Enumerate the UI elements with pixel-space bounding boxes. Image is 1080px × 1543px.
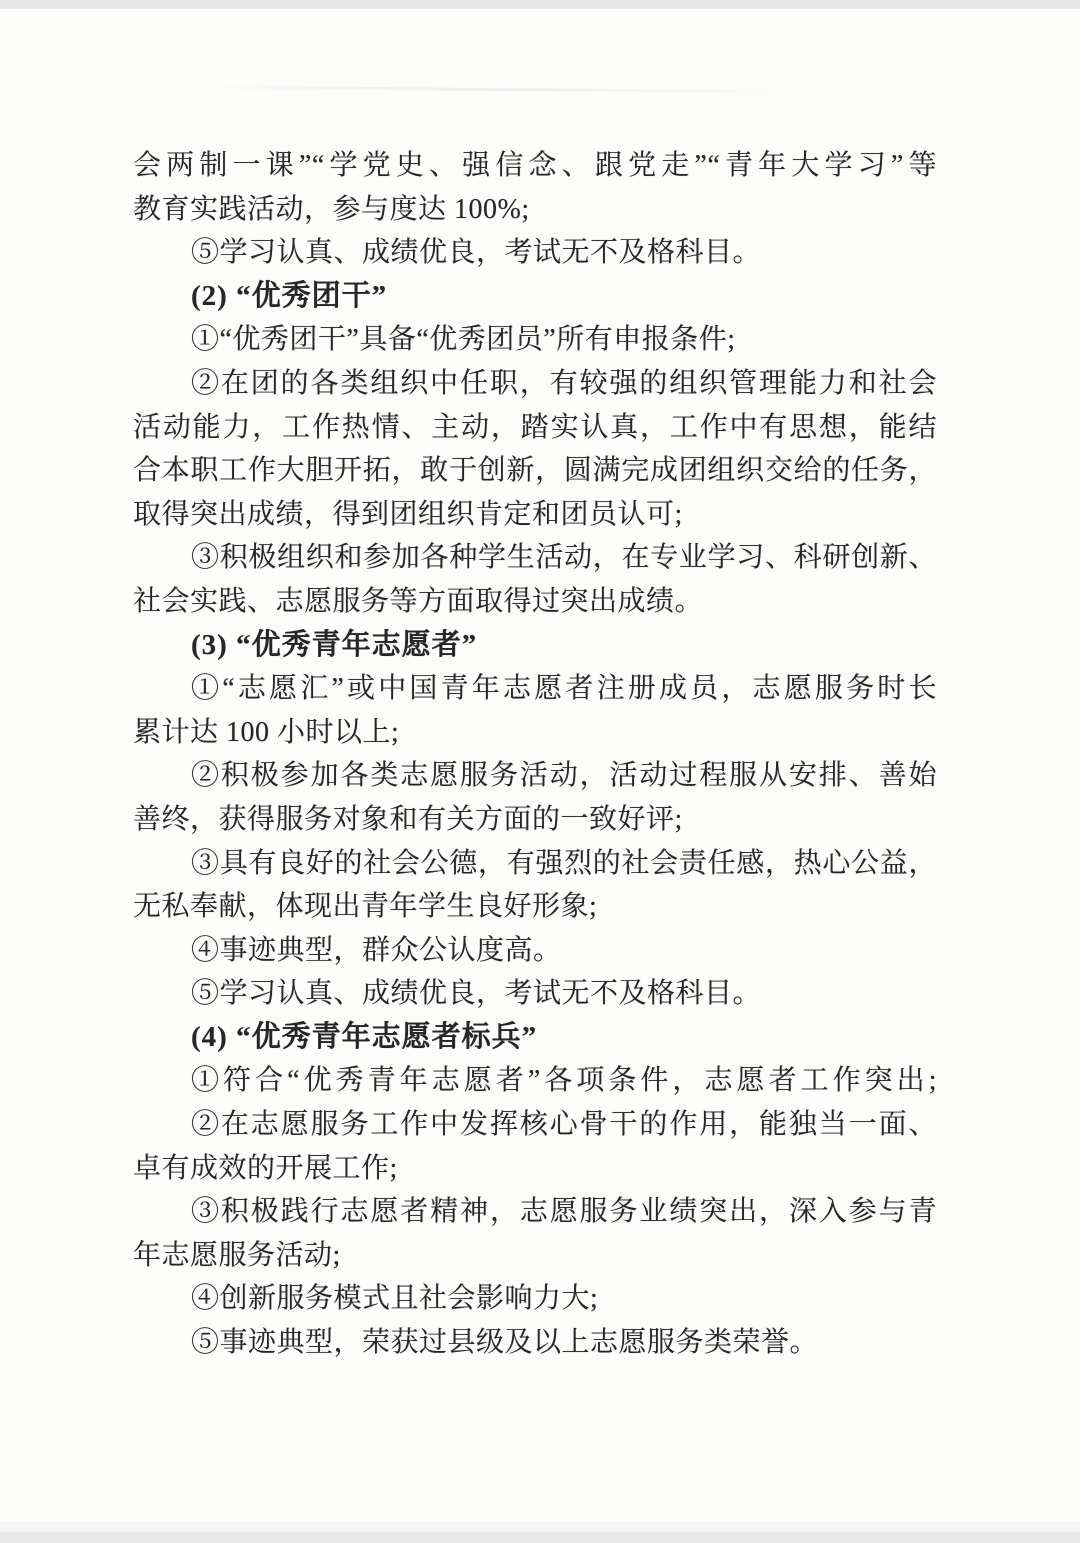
- text-line: 累计达 100 小时以上;: [133, 711, 937, 755]
- text-line: ①“志愿汇”或中国青年志愿者注册成员，志愿服务时长: [133, 667, 937, 711]
- text-line: 年志愿服务活动;: [133, 1234, 937, 1278]
- text-line: ③具有良好的社会公德，有强烈的社会责任感，热心公益，: [133, 842, 937, 886]
- document-page: 会两制一课”“学党史、强信念、跟党走”“青年大学习”等教育实践活动，参与度达 1…: [0, 0, 1080, 1543]
- text-line: ②在志愿服务工作中发挥核心骨干的作用，能独当一面、: [133, 1103, 937, 1147]
- text-line: 善终，获得服务对象和有关方面的一致好评;: [133, 798, 937, 842]
- section-heading: (2) “优秀团干”: [133, 275, 937, 319]
- text-line: ⑤事迹典型，荣获过县级及以上志愿服务类荣誉。: [133, 1321, 937, 1365]
- text-line: 社会实践、志愿服务等方面取得过突出成绩。: [133, 580, 937, 624]
- text-line: 无私奉献，体现出青年学生良好形象;: [133, 885, 937, 929]
- text-line: ④创新服务模式且社会影响力大;: [133, 1277, 937, 1321]
- text-line: ⑤学习认真、成绩优良，考试无不及格科目。: [133, 231, 937, 275]
- text-line: 会两制一课”“学党史、强信念、跟党走”“青年大学习”等: [133, 144, 937, 188]
- section-heading: (3) “优秀青年志愿者”: [133, 624, 937, 668]
- text-line: ①符合“优秀青年志愿者”各项条件，志愿者工作突出;: [133, 1059, 937, 1103]
- photo-edge-top: [0, 0, 1080, 9]
- photo-scratch-artifact: [190, 86, 810, 93]
- document-body: 会两制一课”“学党史、强信念、跟党走”“青年大学习”等教育实践活动，参与度达 1…: [133, 144, 937, 1365]
- text-line: ⑤学习认真、成绩优良，考试无不及格科目。: [133, 972, 937, 1016]
- text-line: 教育实践活动，参与度达 100%;: [133, 188, 937, 232]
- section-heading: (4) “优秀青年志愿者标兵”: [133, 1016, 937, 1060]
- text-line: 合本职工作大胆开拓，敢于创新，圆满完成团组织交给的任务，: [133, 449, 937, 493]
- text-line: ④事迹典型，群众公认度高。: [133, 929, 937, 973]
- text-line: ②在团的各类组织中任职，有较强的组织管理能力和社会: [133, 362, 937, 406]
- text-line: ①“优秀团干”具备“优秀团员”所有申报条件;: [133, 318, 937, 362]
- text-line: 取得突出成绩，得到团组织肯定和团员认可;: [133, 493, 937, 537]
- text-line: ②积极参加各类志愿服务活动，活动过程服从安排、善始: [133, 754, 937, 798]
- photo-edge-bottom-faint: [0, 1522, 1080, 1532]
- text-line: ③积极践行志愿者精神，志愿服务业绩突出，深入参与青: [133, 1190, 937, 1234]
- text-line: 活动能力，工作热情、主动，踏实认真，工作中有思想，能结: [133, 406, 937, 450]
- text-line: ③积极组织和参加各种学生活动，在专业学习、科研创新、: [133, 536, 937, 580]
- photo-edge-bottom: [0, 1532, 1080, 1543]
- text-line: 卓有成效的开展工作;: [133, 1147, 937, 1191]
